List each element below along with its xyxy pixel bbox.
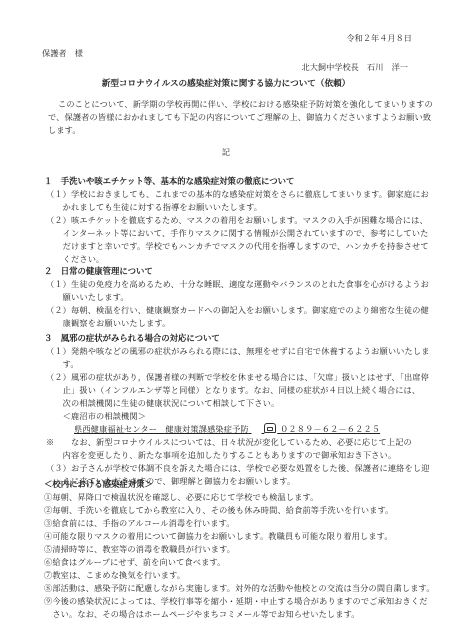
contact-line: 県西健康福祉センター 健康対策課感染症予防 ０２８９－６２－６２２５: [74, 423, 380, 435]
list-item: さい。なお、その場合はホームページやまちコミメール等でお知らせいたします。: [44, 608, 360, 620]
section-2-heading: ２ 日常の健康管理について: [44, 265, 153, 277]
section-line: す。: [46, 358, 79, 370]
section-line: （１）発熱や咳などの風邪の症状がみられる際には、無理をせずに自宅で休養するようお…: [46, 345, 430, 357]
section-2-body: （１）生徒の免疫力を高めるため、十分な睡眠、適度な運動やバランスのとれた食事を心…: [46, 278, 426, 333]
intro-paragraph: このことについて、新学期の学校再開に伴い、学校における感染症予防対策を強化してま…: [48, 98, 418, 138]
list-item: ⑦教室は、こまめな換気を行います。: [44, 569, 185, 581]
section-line: インターネット等において、手作りマスクに関する情報が公開されていますので、参考に…: [46, 227, 428, 239]
list-item: ⑧部活動は、感染予防に配慮しながら実施します。対外的な活動や他校との交流は当分の…: [44, 582, 435, 594]
section-1-body: （１）学校におきましても、これまでの基本的な感染症対策をさらに徹底してまいります…: [46, 188, 426, 268]
section-line: （３）お子さんが学校で体調不良を訴えた場合には、学校で必要な処置をした後、保護者…: [46, 462, 430, 474]
section-line: （２）風邪の症状があり，保護者様の判断で学校を休ませる場合には、「欠席」扱いとは…: [46, 371, 429, 383]
document-page: 令和２年４月８日 保護者 様 北大飼中学校長 石川 洋一 新型コロナウイルスの感…: [0, 0, 452, 640]
section-line: （１）生徒の免疫力を高めるため、十分な睡眠、適度な運動やバランスのとれた食事を心…: [46, 278, 429, 290]
phone-icon: [264, 423, 276, 433]
section-line: 康観察をお願いいたします。: [46, 317, 170, 329]
intro-line: このことについて、新学期の学校再開に伴い、学校における感染症予防対策を強化してま…: [58, 98, 433, 110]
intro-line: で、保護者の皆様におかれましても下記の内容についてご理解の上、御協力くださいます…: [48, 111, 431, 123]
section-line: 願いいたします。: [46, 291, 129, 303]
contact-label: 県西健康福祉センター 健康対策課感染症予防: [74, 424, 249, 434]
document-title: 新型コロナウイルスの感染症対策に関する協力について（依頼）: [0, 78, 452, 90]
school-measures-list: ①毎朝、昇降口で検温状況を確認し、必要に応じて学校でも検温します。 ②毎朝、手洗…: [44, 491, 434, 621]
section-line: （２）咳エチケットを徹底するため、マスクの着用をお願いします。マスクの入手が困難…: [46, 214, 428, 226]
school-measures-heading: ＜校内における感染症対策＞: [44, 478, 153, 490]
section-3-heading: ３ 風邪の症状がみられる場合の対応について: [44, 332, 220, 344]
list-item: ④可能な限りマスクの着用について御協力をお願いします。教職員も可能な限り着用しま…: [44, 530, 393, 542]
list-item: ③給食前には、手指のアルコール消毒を行います。: [44, 517, 235, 529]
section-1-heading: １ 手洗いや咳エチケット等、基本的な感染症対策の徹底について: [44, 175, 294, 187]
section-line: （１）学校におきましても、これまでの基本的な感染症対策をさらに徹底してまいります…: [46, 188, 429, 200]
section-line: ※ なお、新型コロナウイルスについては、日々状況が変化しているため、必要に応じて…: [46, 436, 412, 448]
intro-line: します。: [48, 124, 81, 136]
list-item: ②毎朝、手洗いを徹底してから教室に入り、その後も休み時間、給食前等手洗いを行いま…: [44, 504, 394, 516]
section-line: （２）毎朝、検温を行い、健康観察カードへの御記入をお願いします。御家庭でのより綿…: [46, 304, 429, 316]
section-line: 次の相談機関に生徒の健康状況について相談して下さい。: [46, 397, 279, 409]
ki-marker: 記: [0, 146, 452, 159]
list-item: ⑥給食はグループにせず、前を向いて食べます。: [44, 556, 225, 568]
list-item: ①毎朝、昇降口で検温状況を確認し、必要に応じて学校でも検温します。: [44, 491, 318, 503]
section-line: 内容を変更したり、新たな事項を追加したりすることもありますので御承知おき下さい。: [46, 449, 396, 461]
contact-phone: ０２８９－６２－６２２５: [280, 424, 380, 434]
section-3-body: （１）発熱や咳などの風邪の症状がみられる際には、無理をせずに自宅で休養するようお…: [46, 345, 426, 475]
section-line: 止」扱い（インフルエンザ等と同様）となります。なお、同様の症状が４日以上続く場合…: [46, 384, 420, 396]
section-line: ください。: [46, 253, 104, 265]
list-item: ⑨今後の感染状況によっては、学校行事等を縮小・延期・中止する場合がありますのでご…: [44, 595, 428, 607]
date: 令和２年４月８日: [346, 32, 412, 45]
section-line: だけますと幸いです。学校でもハンカチでマスクの代用を指導しますので、ハンカチを持…: [46, 240, 429, 252]
section-line: かれましても生徒に対する指導をお願いいたします。: [46, 201, 262, 213]
sender: 北大飼中学校長 石川 洋一: [302, 61, 408, 74]
recipient: 保護者 様: [42, 47, 83, 60]
list-item: ⑤清掃時等に、教室等の消毒を教職員が行います。: [44, 543, 235, 555]
section-line: ＜鹿沼市の相談機関＞: [46, 410, 146, 422]
